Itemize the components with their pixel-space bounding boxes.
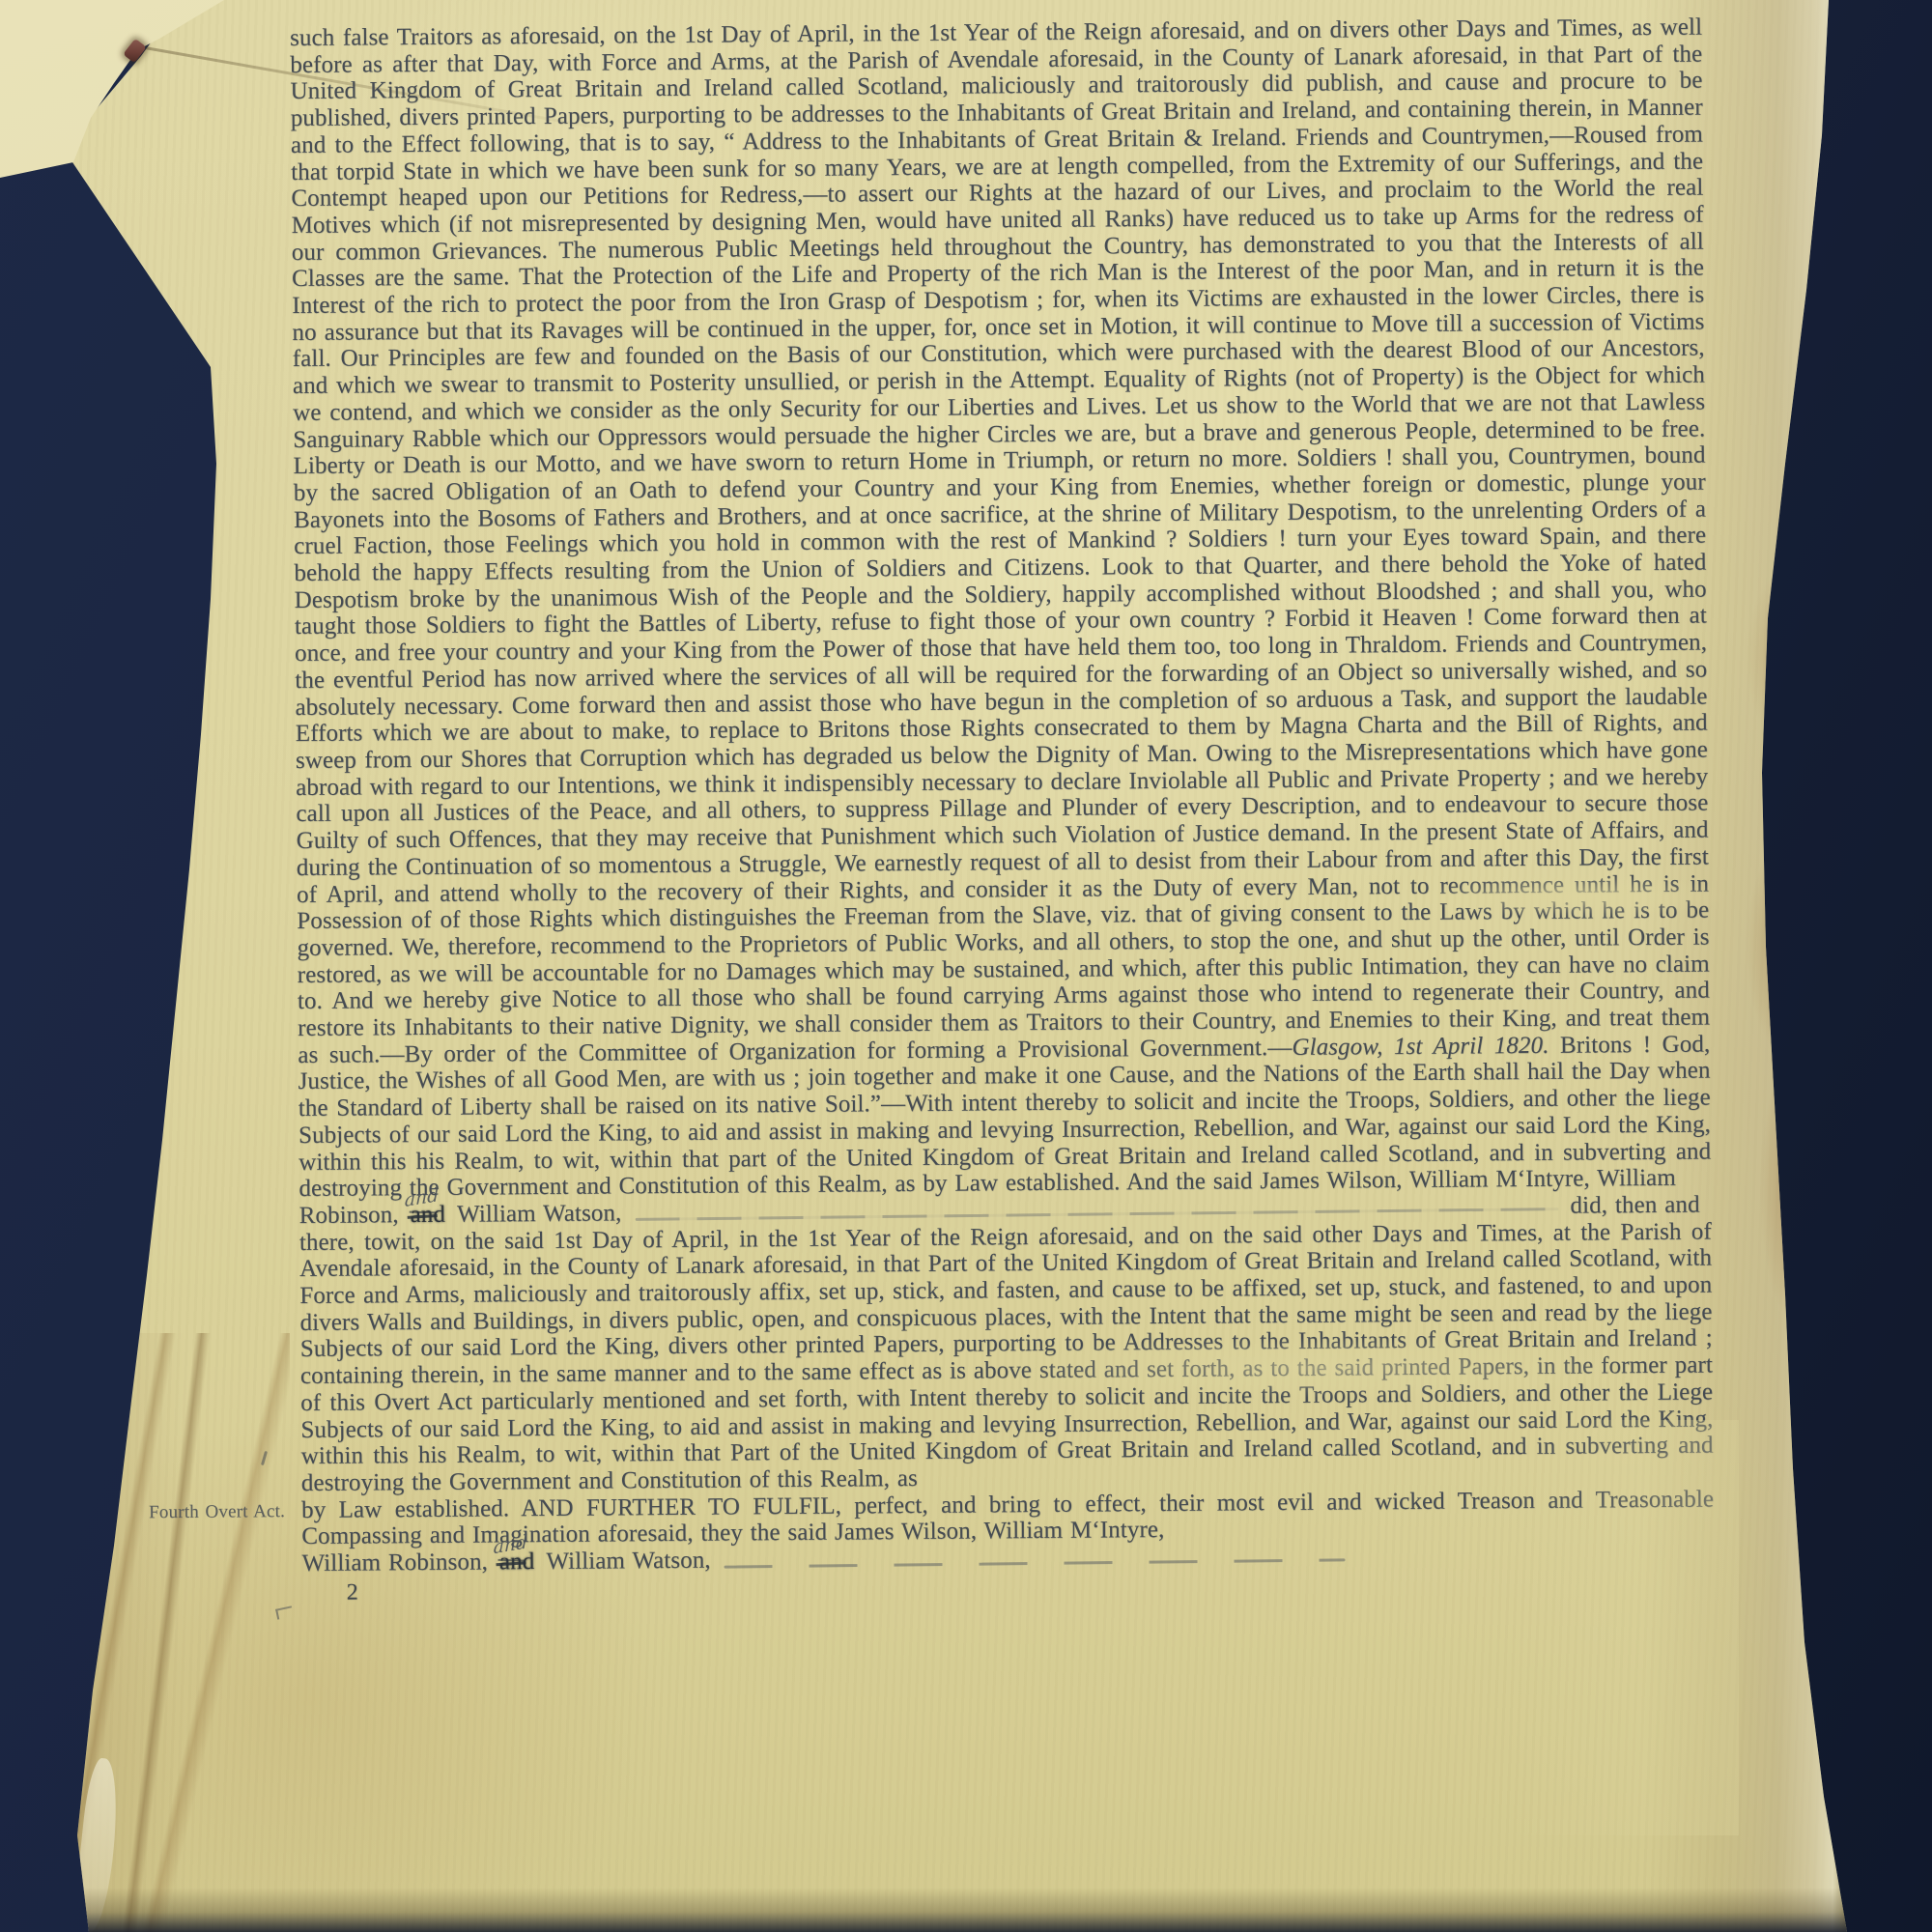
body-paragraph-1: such false Traitors as aforesaid, on the…	[290, 14, 1712, 1203]
line-spacer	[1357, 1560, 1702, 1563]
bottom-edge-shadow	[0, 1888, 1932, 1932]
amended-word-1: andand	[411, 1202, 446, 1229]
pen-dashes	[724, 1558, 1346, 1568]
pen-line	[635, 1207, 1558, 1221]
indictment-text: such false Traitors as aforesaid, on the…	[290, 14, 1715, 1607]
margin-pen-mark	[275, 1605, 294, 1619]
body1-run-regular-a: such false Traitors as aforesaid, on the…	[290, 14, 1710, 1068]
document-photograph: such false Traitors as aforesaid, on the…	[0, 0, 1932, 1932]
amended-word-2: andand	[499, 1548, 535, 1576]
name-robinson: Robinson,	[299, 1202, 399, 1230]
margin-note-fourth-overt-act: Fourth Overt Act.	[149, 1501, 294, 1522]
name-robinson-2: William Robinson,	[301, 1549, 488, 1577]
body1-run-italic-dateline: Glasgow, 1st April 1820.	[1292, 1033, 1548, 1061]
body-paragraph-2: there, towit, on the said 1st Day of Apr…	[299, 1218, 1714, 1497]
name-watson-1: William Watson,	[457, 1200, 622, 1228]
name-watson-2: William Watson,	[546, 1548, 711, 1576]
line-end-did-then-and: did, then and	[1570, 1192, 1699, 1220]
document-page: such false Traitors as aforesaid, on the…	[0, 0, 1932, 1932]
